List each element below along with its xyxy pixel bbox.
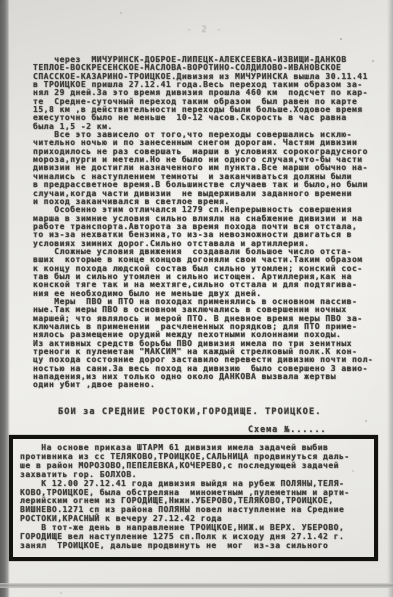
scanned-page: - 2 - через МИЧУРИНСК-ДОБРОЕ-ЛИПЕЦК-АЛЕК… <box>0 0 393 597</box>
highlighted-order-box: На основе приказа ШТАРМ 61 дивизия имела… <box>9 435 378 561</box>
paragraph-route: через МИЧУРИНСК-ДОБРОЕ-ЛИПЕЦК-АЛЕКСЕЕВКА… <box>33 56 385 131</box>
section-heading: БОИ за СРЕДНИЕ РОСТОКИ,ГОРОДИЩЕ. ТРОИЦКО… <box>58 407 322 417</box>
order-paragraph-advance: К 12.00 27.12.41 года дивизия выйдя на р… <box>20 480 368 525</box>
paragraph-supply: Особенно этим отличался 1279 сп.Непрерыв… <box>33 206 385 248</box>
order-paragraph-1275sp: В тот-же день в направление ТРОИЦКОЕ,НИЖ… <box>20 524 368 551</box>
paragraph-night-marches: Все это зависело от того,что переходы со… <box>33 131 385 206</box>
page-number: - 2 - <box>150 25 260 35</box>
page-bottom-edge <box>0 583 393 588</box>
scan-noise <box>0 0 2 2</box>
scan-edge-right <box>387 0 393 597</box>
paragraph-pvo-pto: Меры ПВО и ПТО на походах применялись в … <box>33 298 385 390</box>
paragraph-fatigue: Сложные условия движения создавали больш… <box>33 248 385 298</box>
schema-number-label: Схема №...... <box>248 424 327 434</box>
order-paragraph-task: На основе приказа ШТАРМ 61 дивизия имела… <box>20 444 368 480</box>
march-report-text: через МИЧУРИНСК-ДОБРОЕ-ЛИПЕЦК-АЛЕКСЕЕВКА… <box>33 56 385 390</box>
